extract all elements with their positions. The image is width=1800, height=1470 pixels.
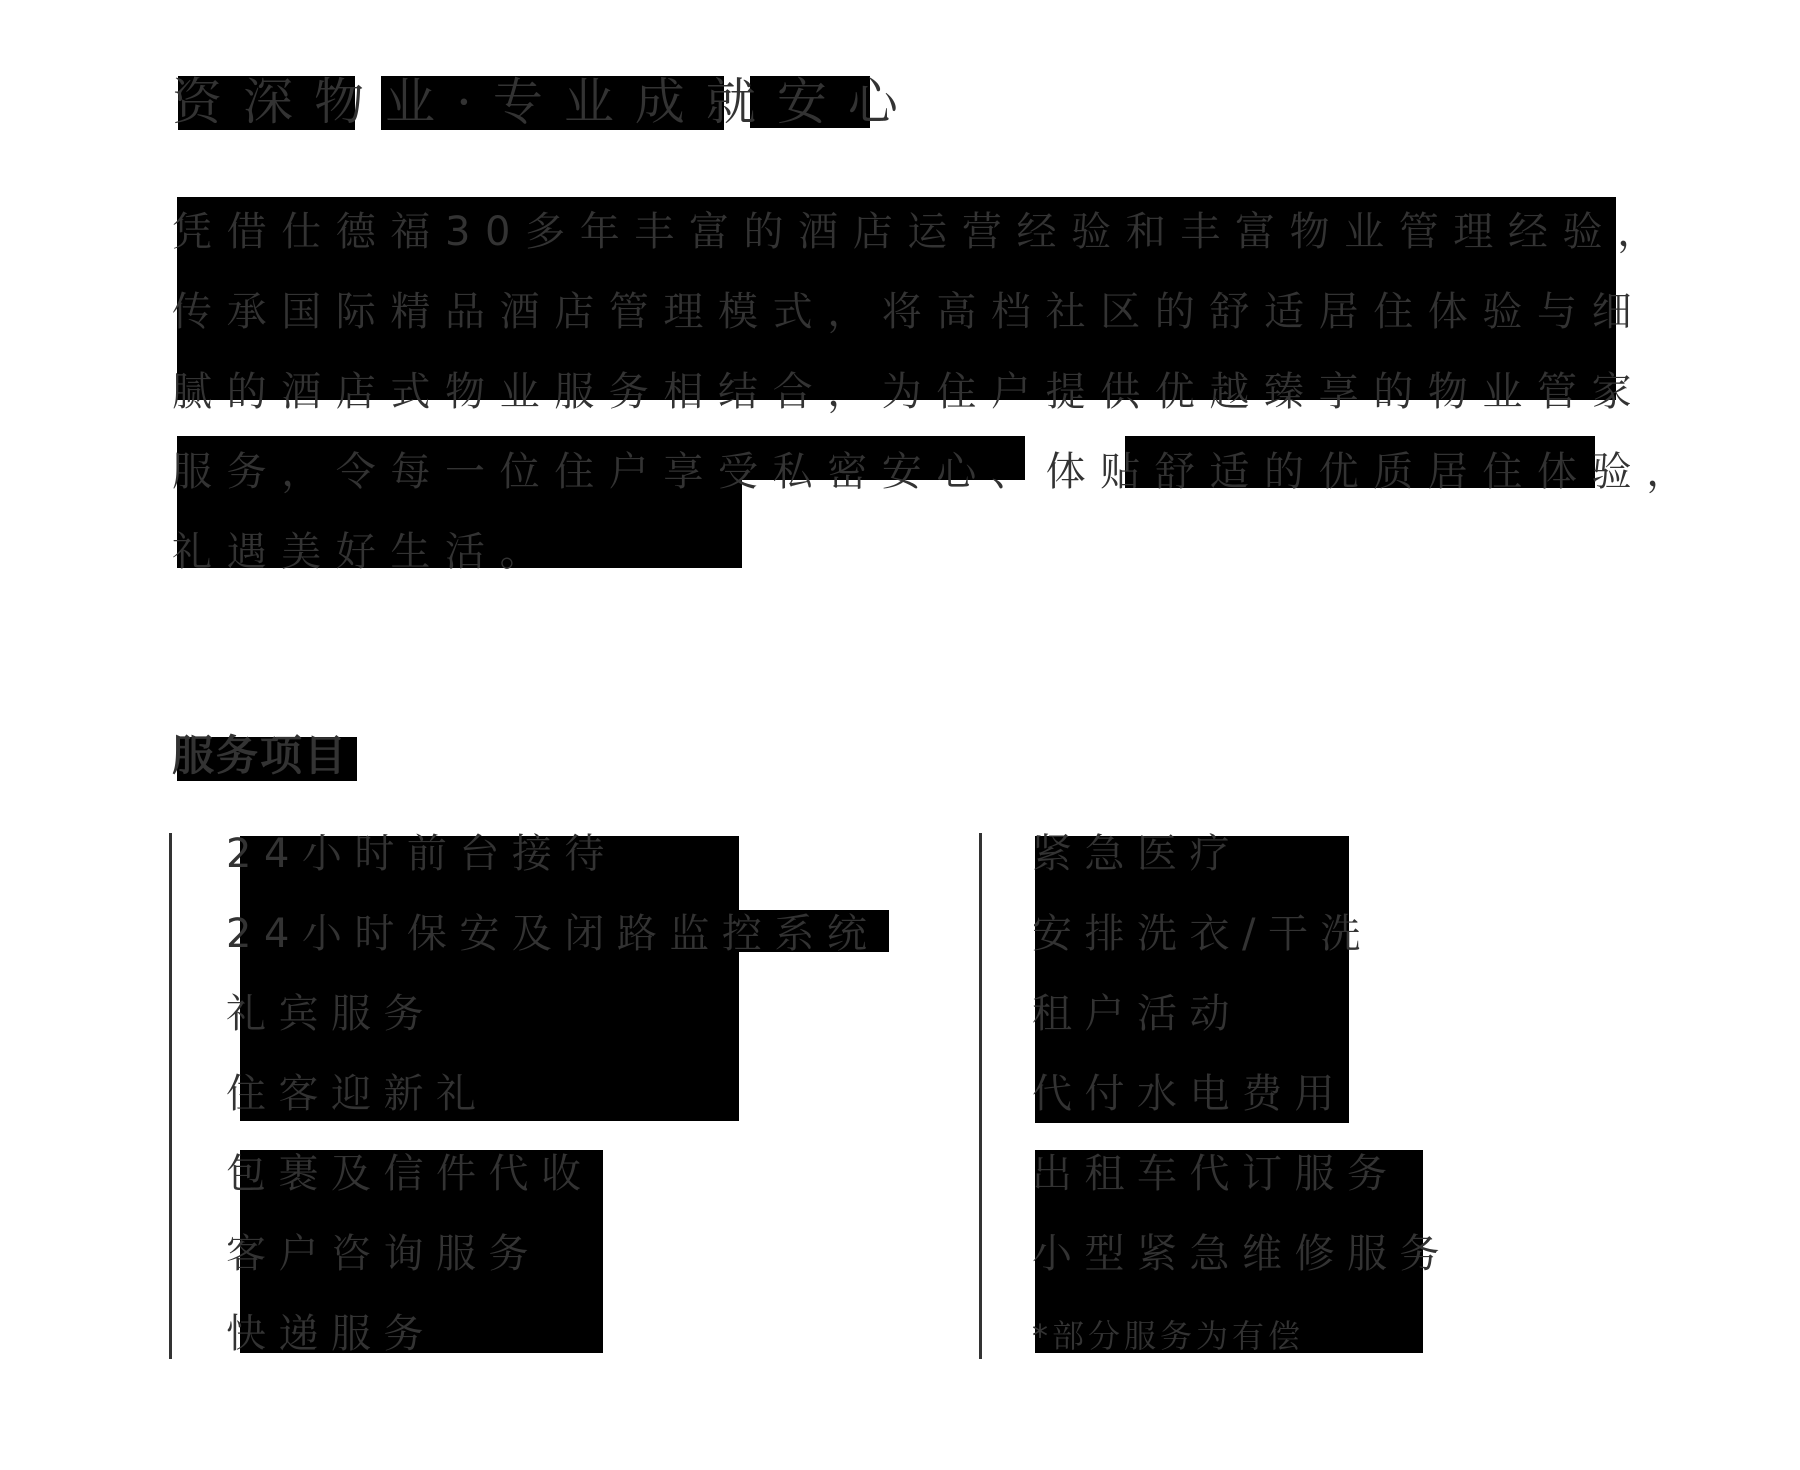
service-item: 代付水电费用 bbox=[1032, 1066, 1452, 1146]
intro-line: 凭借仕德福30多年丰富的酒店运营经验和丰富物业管理经验， bbox=[172, 192, 1672, 272]
service-item: 紧急医疗 bbox=[1032, 826, 1452, 906]
intro-line: 服务，令每一位住户享受私密安心、体贴舒适的优质居住体验， bbox=[172, 432, 1672, 512]
service-item: 包裹及信件代收 bbox=[226, 1146, 879, 1226]
services-list-left: 24小时前台接待 24小时保安及闭路监控系统 礼宾服务 住客迎新礼 包裹及信件代… bbox=[226, 826, 879, 1386]
service-item: 租户活动 bbox=[1032, 986, 1452, 1066]
service-item: 客户咨询服务 bbox=[226, 1226, 879, 1306]
intro-line: 传承国际精品酒店管理模式，将高档社区的舒适居住体验与细 bbox=[172, 272, 1672, 352]
services-list-right: 紧急医疗 安排洗衣/干洗 租户活动 代付水电费用 出租车代订服务 小型紧急维修服… bbox=[1032, 826, 1452, 1386]
left-column-divider bbox=[169, 833, 172, 1359]
service-item: 礼宾服务 bbox=[226, 986, 879, 1066]
service-item: 快递服务 bbox=[226, 1306, 879, 1386]
paid-service-note: *部分服务为有偿 bbox=[1032, 1306, 1452, 1386]
service-item: 出租车代订服务 bbox=[1032, 1146, 1452, 1226]
service-item: 小型紧急维修服务 bbox=[1032, 1226, 1452, 1306]
right-column-divider bbox=[979, 833, 982, 1359]
intro-line: 礼遇美好生活。 bbox=[172, 512, 1672, 592]
intro-paragraph: 凭借仕德福30多年丰富的酒店运营经验和丰富物业管理经验， 传承国际精品酒店管理模… bbox=[172, 192, 1672, 592]
service-item: 安排洗衣/干洗 bbox=[1032, 906, 1452, 986]
page-title: 资深物业·专业成就安心 bbox=[172, 70, 919, 134]
service-item: 24小时保安及闭路监控系统 bbox=[226, 906, 879, 986]
services-title: 服务项目 bbox=[172, 728, 348, 784]
intro-line: 腻的酒店式物业服务相结合，为住户提供优越臻享的物业管家 bbox=[172, 352, 1672, 432]
service-item: 住客迎新礼 bbox=[226, 1066, 879, 1146]
service-item: 24小时前台接待 bbox=[226, 826, 879, 906]
